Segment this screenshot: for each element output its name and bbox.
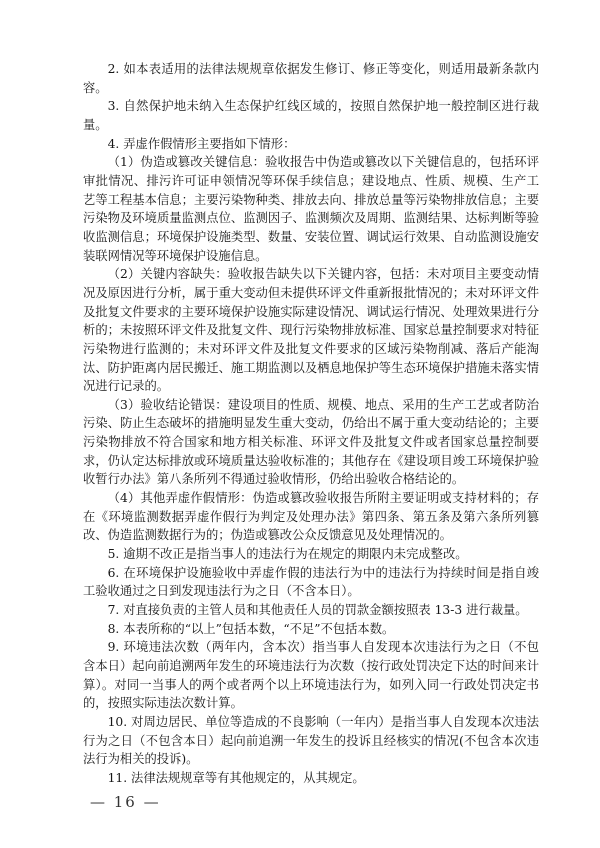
notes-text-block: 2. 如本表适用的法律法规规章依据发生修订、修正等变化，则适用最新条款内容。3.… [83,60,539,788]
paragraph: （4）其他弄虚作假情形：伪造或篡改验收报告所附主要证明或支持材料的；存在《环境监… [83,489,539,545]
paragraph: 8. 本表所称的“以上”包括本数，“不足”不包括本数。 [83,620,539,639]
paragraph: 3. 自然保护地未纳入生态保护红线区域的，按照自然保护地一般控制区进行裁量。 [83,97,539,134]
paragraph: 2. 如本表适用的法律法规规章依据发生修订、修正等变化，则适用最新条款内容。 [83,60,539,97]
document-page: 2. 如本表适用的法律法规规章依据发生修订、修正等变化，则适用最新条款内容。3.… [0,0,600,848]
paragraph: （1）伪造或篡改关键信息：验收报告中伪造或篡改以下关键信息的，包括环评审批情况、… [83,153,539,265]
page-number: — 16 — [90,793,161,811]
paragraph: 6. 在环境保护设施验收中弄虚作假的违法行为中的违法行为持续时间是指自竣工验收通… [83,564,539,601]
paragraph: 10. 对周边居民、单位等造成的不良影响（一年内）是指当事人自发现本次违法行为之… [83,713,539,769]
paragraph: 9. 环境违法次数（两年内，含本次）指当事人自发现本次违法行为之日（不包含本日）… [83,638,539,713]
paragraph: 7. 对直接负责的主管人员和其他责任人员的罚款金额按照表 13-3 进行裁量。 [83,601,539,620]
paragraph: （2）关键内容缺失：验收报告缺失以下关键内容，包括：未对项目主要变动情况及原因进… [83,265,539,396]
paragraph: 5. 逾期不改正是指当事人的违法行为在规定的期限内未完成整改。 [83,545,539,564]
paragraph: 11. 法律法规规章等有其他规定的，从其规定。 [83,769,539,788]
paragraph: （3）验收结论错误：建设项目的性质、规模、地点、采用的生产工艺或者防治污染、防止… [83,396,539,489]
paragraph: 4. 弄虚作假情形主要指如下情形： [83,135,539,154]
